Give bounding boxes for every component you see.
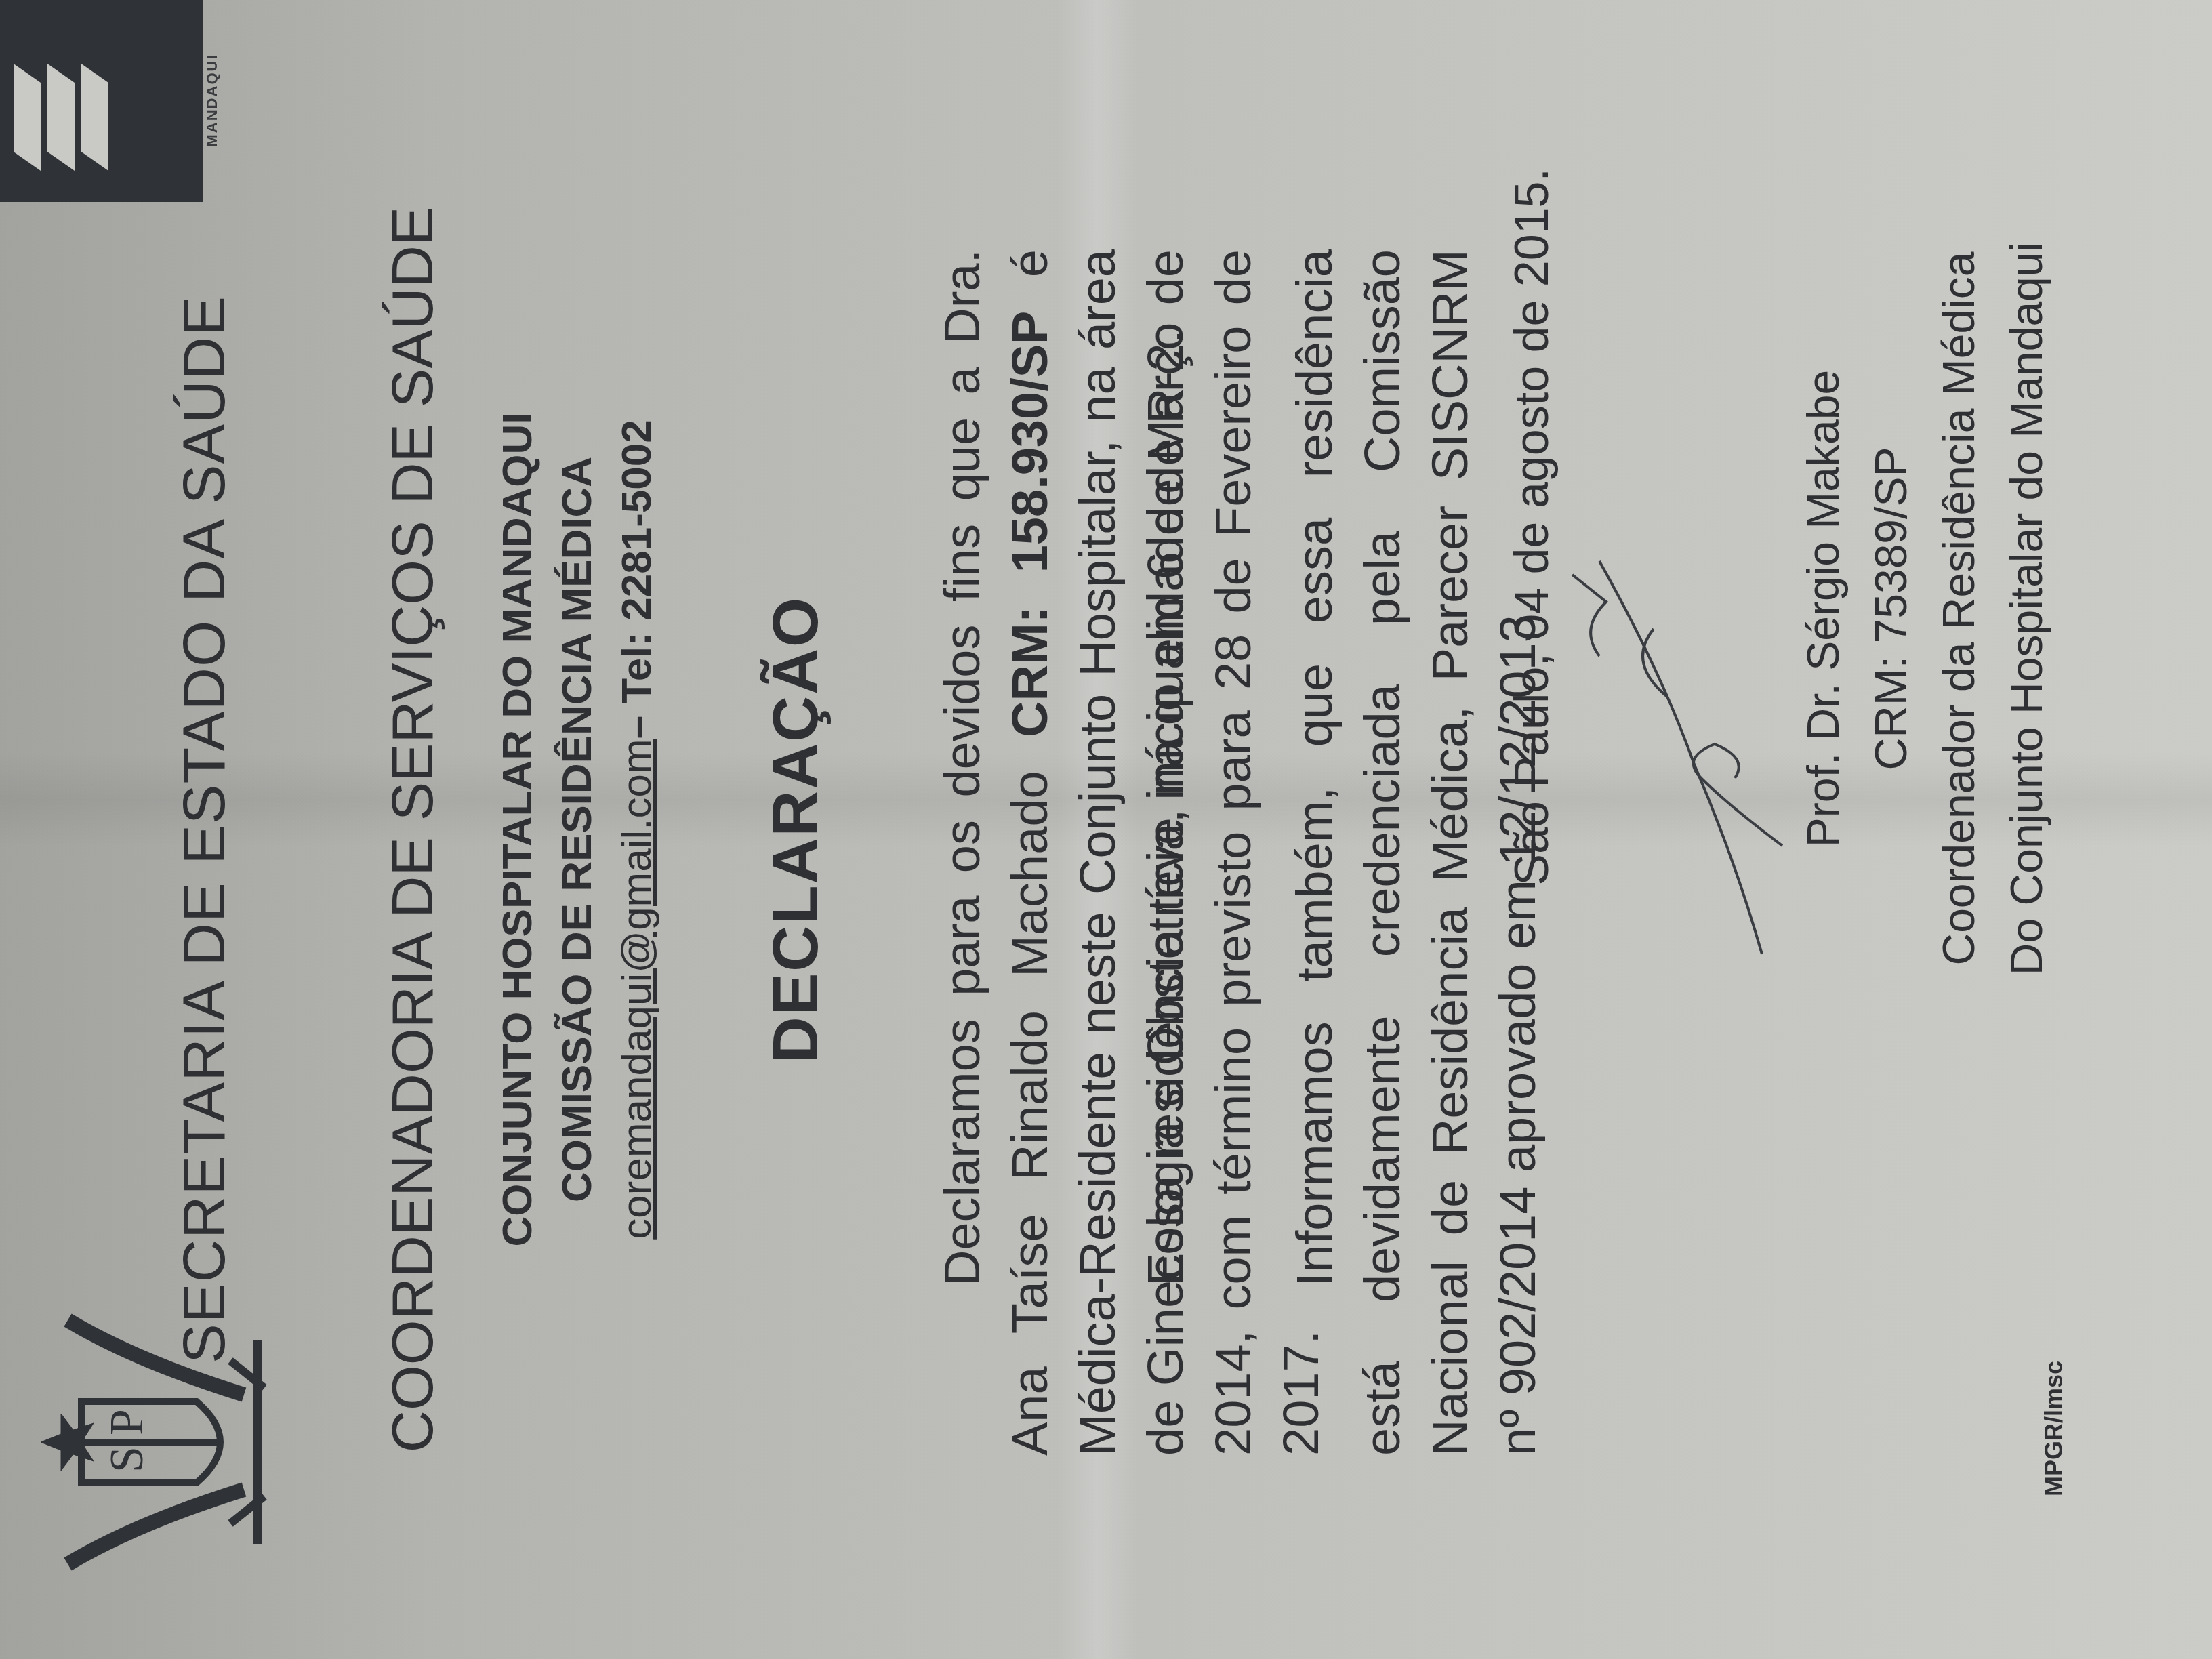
- typist-initials: MPGR/lmsc: [2040, 1361, 2068, 1496]
- signatory-name: Prof. Dr. Sérgio Makabe: [1789, 236, 1857, 981]
- place-date: São Paulo, 04 de agosto de 2015.: [1504, 168, 1559, 981]
- contact-line: coremandaqui@gmail.com– Tel: 2281-5002: [607, 0, 667, 1659]
- declaration-document: S P MANDAQUI SECRETARIA DE ESTADO DA SAÚ…: [0, 0, 2212, 1659]
- sp-coat-of-arms-icon: S P: [41, 1300, 285, 1584]
- signatory-crm: CRM: 75389/SP: [1857, 236, 1925, 981]
- phone-text: – Tel: 2281-5002: [613, 419, 660, 739]
- signatory-institution: Do Conjunto Hospitalar do Mandaqui: [1992, 236, 2060, 981]
- email-link[interactable]: coremandaqui@gmail.com: [613, 739, 660, 1239]
- svg-text:P: P: [101, 1409, 153, 1435]
- signatory-role: Coordenador da Residência Médica: [1925, 236, 1992, 981]
- coordenadoria-heading: COORDENADORIA DE SERVIÇOS DE SAÚDE: [380, 0, 447, 1659]
- signatory-block: Prof. Dr. Sérgio Makabe CRM: 75389/SP Co…: [1789, 236, 2060, 981]
- secretaria-heading: SECRETARIA DE ESTADO DA SAÚDE: [169, 0, 239, 1659]
- document-title: DECLARAÇÃO: [759, 0, 832, 1659]
- crm-number: CRM: 158.930/SP: [1002, 311, 1058, 737]
- institution-name: CONJUNTO HOSPITALAR DO MANDAQUI: [488, 0, 548, 1659]
- svg-text:S: S: [101, 1446, 153, 1473]
- committee-name: COMISSÃO DE RESIDÊNCIA MÉDICA: [548, 0, 607, 1659]
- document-photo: S P MANDAQUI SECRETARIA DE ESTADO DA SAÚ…: [0, 0, 2212, 1659]
- institution-block: CONJUNTO HOSPITALAR DO MANDAQUI COMISSÃO…: [488, 0, 667, 1659]
